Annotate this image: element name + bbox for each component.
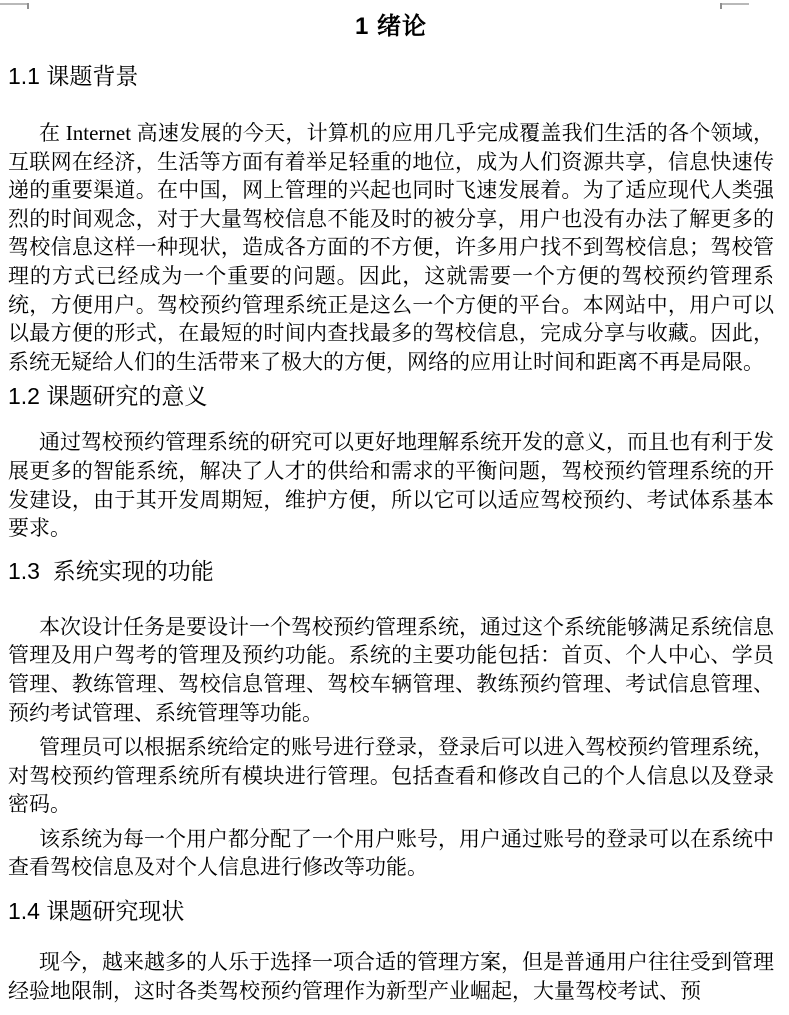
- page-corner-mark-right-tick: [720, 3, 722, 9]
- section-heading-1-1: 1.1 课题背景: [8, 60, 774, 92]
- paragraph-background: 在 Internet 高速发展的今天，计算机的应用几乎完成覆盖我们生活的各个领域…: [8, 119, 774, 376]
- section-heading-1-2: 1.2 课题研究的意义: [8, 380, 774, 412]
- page-corner-mark-right-line: [720, 3, 749, 5]
- paragraph-user-account: 该系统为每一个用户都分配了一个用户账号，用户通过账号的登录可以在系统中查看驾校信…: [8, 825, 774, 882]
- paragraph-research-status: 现今，越来越多的人乐于选择一项合适的管理方案，但是普通用户往往受到管理经验地限制…: [8, 948, 774, 1005]
- paragraph-functions-overview: 本次设计任务是要设计一个驾校预约管理系统，通过这个系统能够满足系统信息管理及用户…: [8, 613, 774, 727]
- section-heading-1-3: 1.3 系统实现的功能: [8, 555, 774, 587]
- document-page: 1 绪论 1.1 课题背景 在 Internet 高速发展的今天，计算机的应用几…: [0, 0, 789, 1015]
- paragraph-admin-role: 管理员可以根据系统给定的账号进行登录，登录后可以进入驾校预约管理系统，对驾校预约…: [8, 733, 774, 819]
- page-corner-mark-left-tick: [27, 3, 29, 9]
- section-heading-1-4: 1.4 课题研究现状: [8, 895, 774, 927]
- page-corner-mark-left-line: [0, 3, 29, 5]
- chapter-title: 1 绪论: [8, 12, 774, 42]
- paragraph-significance: 通过驾校预约管理系统的研究可以更好地理解系统开发的意义，而且也有利于发展更多的智…: [8, 428, 774, 542]
